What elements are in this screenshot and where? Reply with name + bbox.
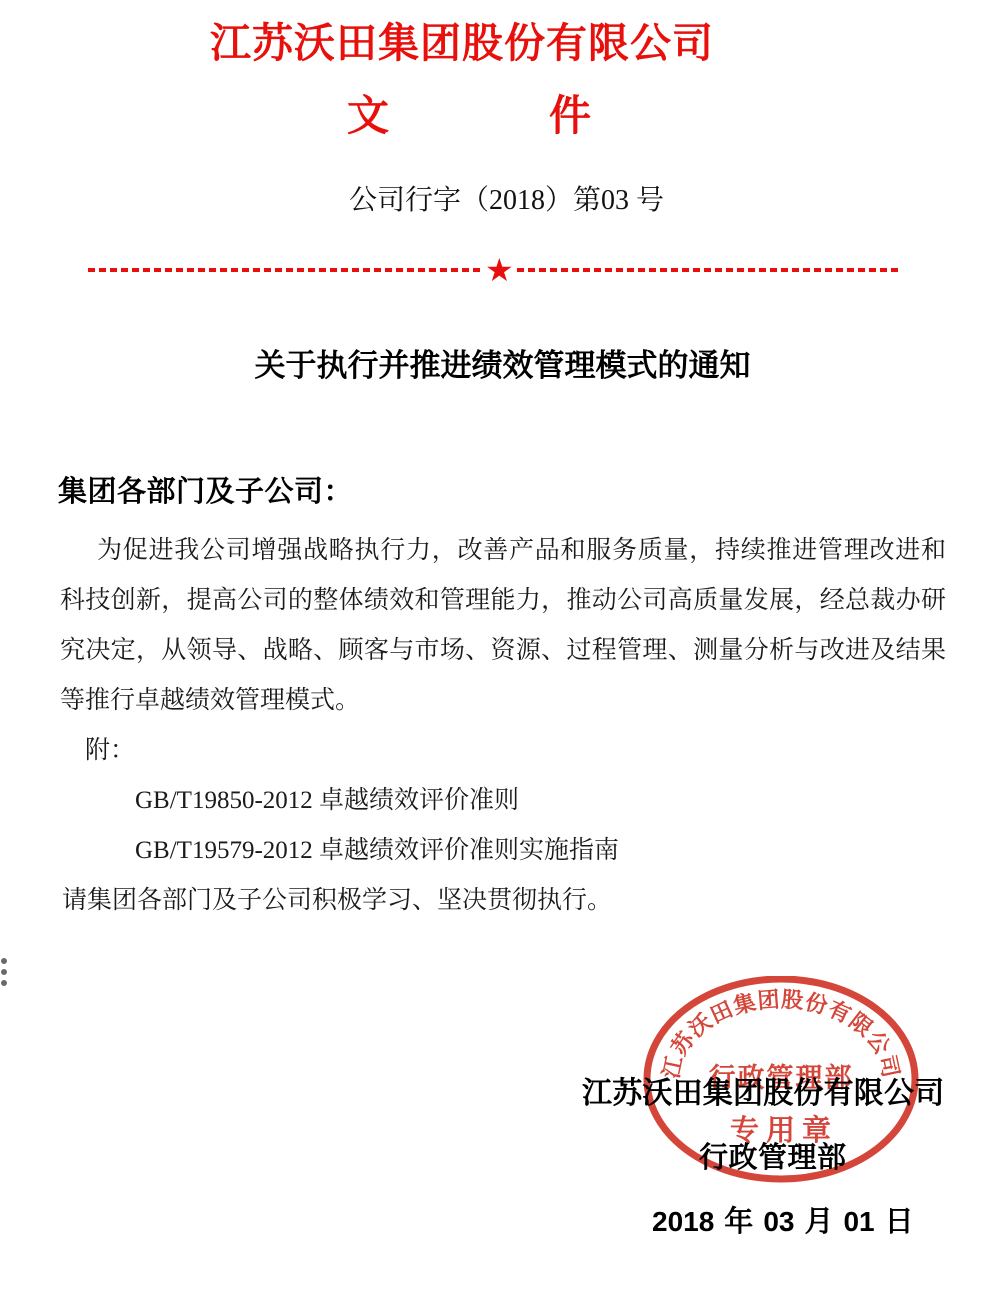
paragraph-line: 等推行卓越绩效管理模式。: [60, 676, 946, 726]
date-month: 03: [763, 1206, 794, 1238]
date-month-label: 月: [804, 1206, 833, 1238]
doc-type-char: 文: [347, 94, 389, 140]
letterhead-company-title: 江苏沃田集团股份有限公司: [0, 20, 924, 66]
date-day-label: 日: [885, 1206, 914, 1238]
closing-line: 请集团各部门及子公司积极学习、坚决贯彻执行。: [60, 876, 946, 926]
dot-icon: [1, 969, 7, 975]
signature-company: 江苏沃田集团股份有限公司: [582, 1077, 944, 1110]
divider-dash-left: [88, 268, 482, 272]
doc-type-char: 件: [549, 94, 591, 140]
attachment-item: GB/T19850-2012 卓越绩效评价准则: [60, 776, 946, 826]
dot-icon: [1, 958, 7, 964]
signature-date: 2018 年 03 月 01 日: [652, 1206, 914, 1238]
doc-number: 公司行字（2018）第03 号: [0, 185, 985, 216]
star-icon: ★: [485, 256, 514, 284]
attachment-item: GB/T19579-2012 卓越绩效评价准则实施指南: [60, 826, 946, 876]
doc-type-line: 文 件: [0, 94, 938, 140]
date-year-label: 年: [724, 1206, 753, 1238]
date-year: 2018: [652, 1206, 714, 1238]
notice-title: 关于执行并推进绩效管理模式的通知: [0, 349, 985, 383]
paragraph-line: 为促进我公司增强战略执行力，改善产品和服务质量，持续推进管理改进和: [60, 526, 946, 576]
date-day: 01: [843, 1206, 874, 1238]
dot-icon: [1, 980, 7, 986]
divider-dash-right: [517, 268, 902, 272]
paragraph-line: 科技创新，提高公司的整体绩效和管理能力，推动公司高质量发展，经总裁办研: [60, 576, 946, 626]
vertical-ellipsis-icon[interactable]: [1, 958, 11, 991]
document-page: 江苏沃田集团股份有限公司 文 件 公司行字（2018）第03 号 ★ 关于执行并…: [0, 0, 985, 1297]
attachment-label: 附：: [60, 726, 946, 776]
signature-department: 行政管理部: [699, 1142, 847, 1174]
notice-body: 为促进我公司增强战略执行力，改善产品和服务质量，持续推进管理改进和 科技创新，提…: [60, 526, 946, 926]
red-divider: ★: [88, 256, 902, 284]
salutation: 集团各部门及子公司：: [58, 476, 353, 509]
paragraph-line: 究决定，从领导、战略、顾客与市场、资源、过程管理、测量分析与改进及结果: [60, 626, 946, 676]
